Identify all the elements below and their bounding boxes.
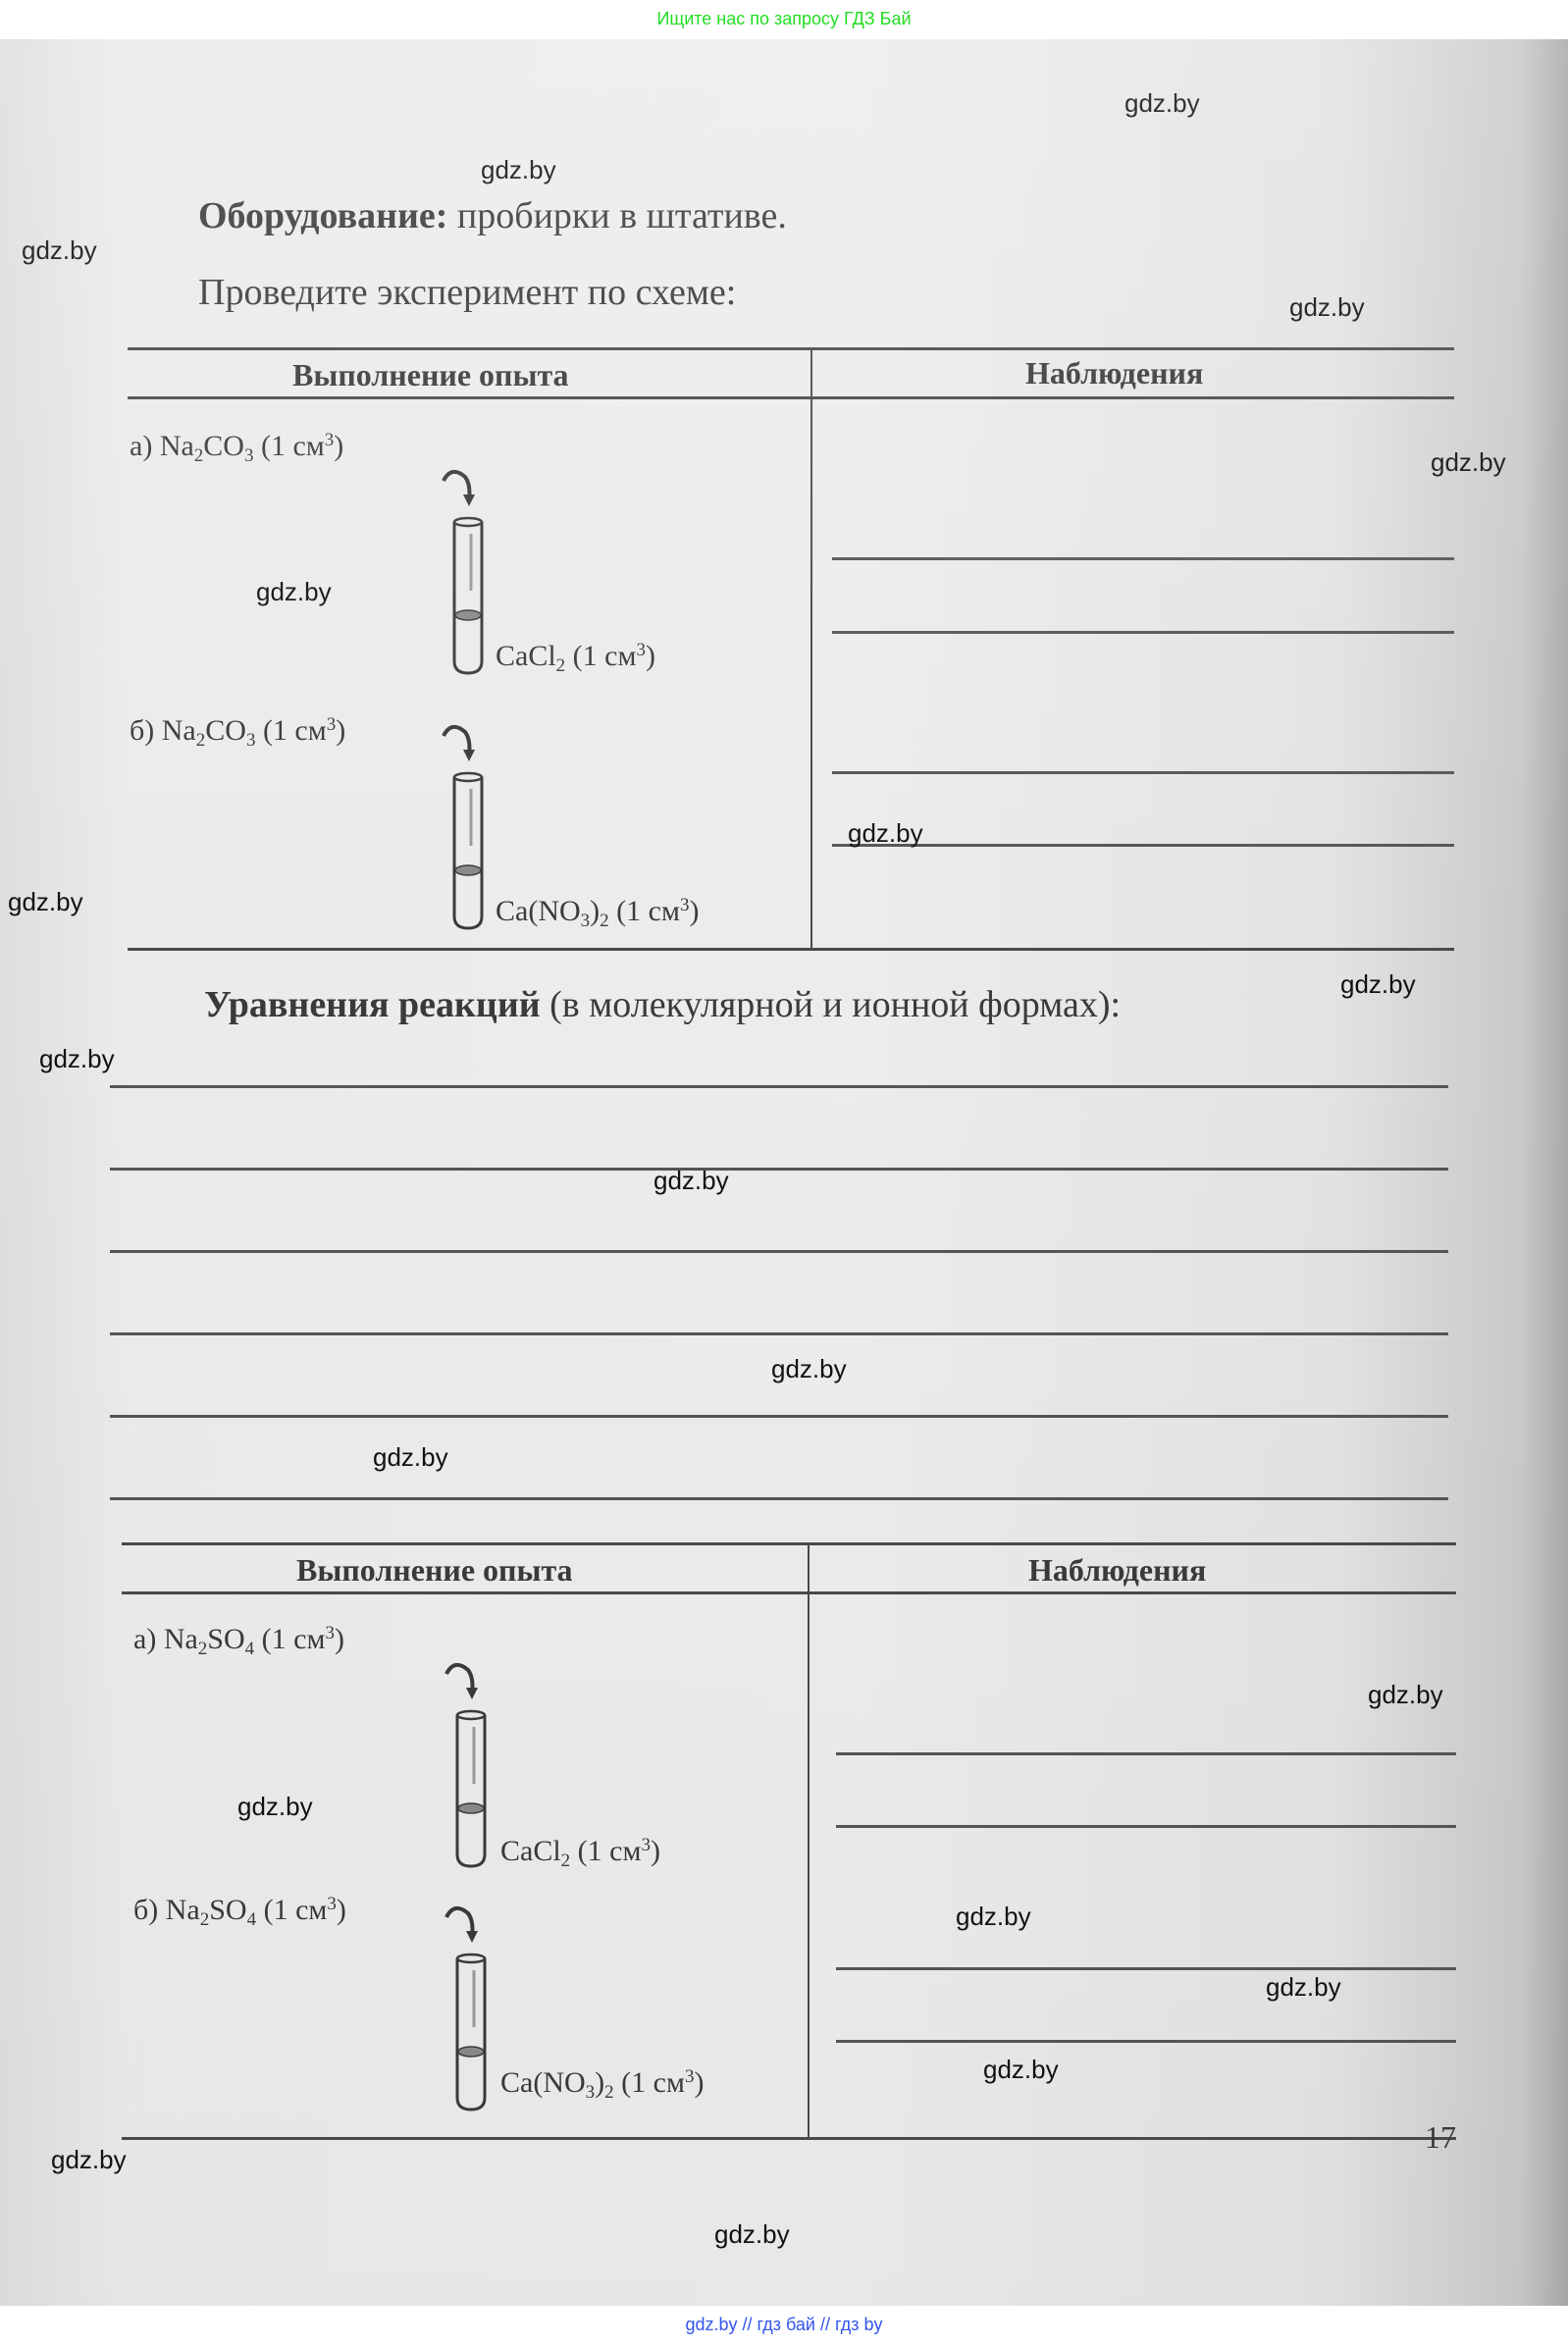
table-2-header-rule	[122, 1591, 1456, 1594]
textbook-page: Оборудование: пробирки в штативе. Провед…	[0, 39, 1568, 2306]
watermark: gdz.by	[771, 1354, 847, 1384]
equations-heading: Уравнения реакций (в молекулярной и ионн…	[204, 983, 1121, 1026]
observation-write-line[interactable]	[836, 2040, 1456, 2043]
observation-write-line[interactable]	[836, 1825, 1456, 1828]
instruction-text: Проведите эксперимент по схеме:	[198, 271, 736, 314]
observation-write-line[interactable]	[832, 557, 1454, 560]
equation-write-line[interactable]	[110, 1415, 1448, 1418]
watermark: gdz.by	[256, 577, 332, 607]
equipment-line: Оборудование: пробирки в штативе.	[198, 194, 787, 237]
watermark: gdz.by	[22, 235, 97, 266]
table-1-header-rule	[128, 396, 1454, 399]
observation-write-line[interactable]	[832, 771, 1454, 774]
table-1-row-b-bottom-reagent: Ca(NO3)2 (1 см3)	[496, 895, 699, 928]
page-number: 17	[1425, 2119, 1456, 2156]
observation-write-line[interactable]	[836, 1967, 1456, 1970]
watermark: gdz.by	[1124, 88, 1200, 119]
watermark: gdz.by	[8, 887, 83, 917]
watermark: gdz.by	[848, 818, 923, 849]
table-2-row-a-top-reagent: а) Na2SO4 (1 см3)	[133, 1623, 344, 1656]
equation-write-line[interactable]	[110, 1497, 1448, 1500]
table-2-header-procedure: Выполнение опыта	[296, 1552, 573, 1589]
table-1-row-a-top-reagent: а) Na2CO3 (1 см3)	[130, 430, 343, 463]
table-1-row-a-bottom-reagent: CaCl2 (1 см3)	[496, 640, 655, 673]
table-1-top-rule	[128, 347, 1454, 350]
watermark: gdz.by	[1266, 1972, 1341, 2003]
equipment-label: Оборудование:	[198, 195, 447, 236]
watermark: gdz.by	[653, 1166, 729, 1196]
watermark: gdz.by	[481, 155, 556, 185]
equation-write-line[interactable]	[110, 1250, 1448, 1253]
watermark: gdz.by	[714, 2219, 790, 2250]
table-2-column-divider	[808, 1542, 810, 2139]
observation-write-line[interactable]	[832, 631, 1454, 634]
watermark: gdz.by	[39, 1044, 115, 1074]
table-2-top-rule	[122, 1542, 1456, 1545]
watermark: gdz.by	[1368, 1680, 1443, 1710]
table-1-column-divider	[810, 347, 812, 950]
watermark: gdz.by	[983, 2055, 1059, 2085]
observation-write-line[interactable]	[836, 1752, 1456, 1755]
table-2-row-a-bottom-reagent: CaCl2 (1 см3)	[500, 1835, 660, 1868]
table-1-header-procedure: Выполнение опыта	[292, 357, 569, 393]
table-2-row-b-top-reagent: б) Na2SO4 (1 см3)	[133, 1894, 346, 1927]
equation-write-line[interactable]	[110, 1085, 1448, 1088]
equation-write-line[interactable]	[110, 1332, 1448, 1335]
bottom-banner[interactable]: gdz.by // гдз бай // гдз by	[0, 2306, 1568, 2346]
table-1-row-b-top-reagent: б) Na2CO3 (1 см3)	[130, 714, 345, 748]
watermark: gdz.by	[1340, 969, 1416, 1000]
top-banner[interactable]: Ищите нас по запросу ГДЗ Бай	[0, 0, 1568, 39]
equipment-text: пробирки в штативе.	[447, 195, 787, 236]
table-1-header-observations: Наблюдения	[1025, 355, 1203, 391]
table-2-row-b-bottom-reagent: Ca(NO3)2 (1 см3)	[500, 2066, 704, 2100]
watermark: gdz.by	[956, 1902, 1031, 1932]
table-2-bottom-rule	[122, 2137, 1456, 2140]
equation-write-line[interactable]	[110, 1168, 1448, 1171]
table-2-header-observations: Наблюдения	[1028, 1552, 1206, 1589]
observation-write-line[interactable]	[832, 844, 1454, 847]
watermark: gdz.by	[373, 1442, 448, 1473]
watermark: gdz.by	[1431, 447, 1506, 478]
watermark: gdz.by	[237, 1792, 313, 1822]
watermark: gdz.by	[1289, 292, 1365, 323]
table-1-bottom-rule	[128, 948, 1454, 951]
watermark: gdz.by	[51, 2145, 127, 2175]
